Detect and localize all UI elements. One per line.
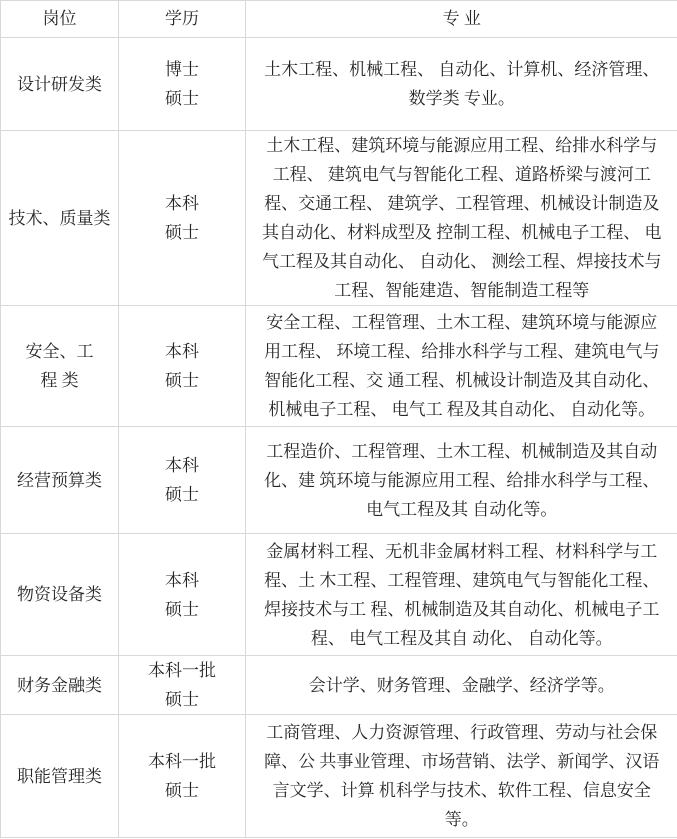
education-cell: 本科一批 硕士 <box>119 715 246 838</box>
table-row: 经营预算类 本科 硕士 工程造价、工程管理、土木工程、机械制造及其自动化、建 筑… <box>1 427 677 534</box>
position-cell: 物资设备类 <box>1 534 119 656</box>
header-row: 岗位 学历 专 业 <box>1 1 677 38</box>
position-cell: 设计研发类 <box>1 38 119 131</box>
education-cell: 本科 硕士 <box>119 534 246 656</box>
education-cell: 本科 硕士 <box>119 427 246 534</box>
education-cell: 本科 硕士 <box>119 131 246 306</box>
position-cell: 安全、工 程 类 <box>1 306 119 427</box>
table-row: 财务金融类 本科一批 硕士 会计学、财务管理、金融学、经济学等。 <box>1 656 677 715</box>
position-cell: 职能管理类 <box>1 715 119 838</box>
recruitment-table: 岗位 学历 专 业 设计研发类 博士 硕士 土木工程、机械工程、 自动化、计算机… <box>0 0 677 838</box>
major-cell: 会计学、财务管理、金融学、经济学等。 <box>246 656 677 715</box>
major-cell: 金属材料工程、无机非金属材料工程、材料科学与工程、土 木工程、工程管理、建筑电气… <box>246 534 677 656</box>
major-cell: 土木工程、建筑环境与能源应用工程、给排水科学与工程、 建筑电气与智能化工程、道路… <box>246 131 677 306</box>
table-row: 技术、质量类 本科 硕士 土木工程、建筑环境与能源应用工程、给排水科学与工程、 … <box>1 131 677 306</box>
column-header-major: 专 业 <box>246 1 677 38</box>
major-cell: 土木工程、机械工程、 自动化、计算机、经济管理、数学类 专业。 <box>246 38 677 131</box>
table-row: 职能管理类 本科一批 硕士 工商管理、人力资源管理、行政管理、劳动与社会保障、公… <box>1 715 677 838</box>
table-row: 安全、工 程 类 本科 硕士 安全工程、工程管理、土木工程、建筑环境与能源应用工… <box>1 306 677 427</box>
education-cell: 本科一批 硕士 <box>119 656 246 715</box>
column-header-position: 岗位 <box>1 1 119 38</box>
major-cell: 工程造价、工程管理、土木工程、机械制造及其自动化、建 筑环境与能源应用工程、给排… <box>246 427 677 534</box>
position-cell: 经营预算类 <box>1 427 119 534</box>
major-cell: 安全工程、工程管理、土木工程、建筑环境与能源应用工程、 环境工程、给排水科学与工… <box>246 306 677 427</box>
table-row: 物资设备类 本科 硕士 金属材料工程、无机非金属材料工程、材料科学与工程、土 木… <box>1 534 677 656</box>
position-cell: 技术、质量类 <box>1 131 119 306</box>
column-header-education: 学历 <box>119 1 246 38</box>
table-row: 设计研发类 博士 硕士 土木工程、机械工程、 自动化、计算机、经济管理、数学类 … <box>1 38 677 131</box>
education-cell: 博士 硕士 <box>119 38 246 131</box>
major-cell: 工商管理、人力资源管理、行政管理、劳动与社会保障、公 共事业管理、市场营销、法学… <box>246 715 677 838</box>
position-cell: 财务金融类 <box>1 656 119 715</box>
education-cell: 本科 硕士 <box>119 306 246 427</box>
